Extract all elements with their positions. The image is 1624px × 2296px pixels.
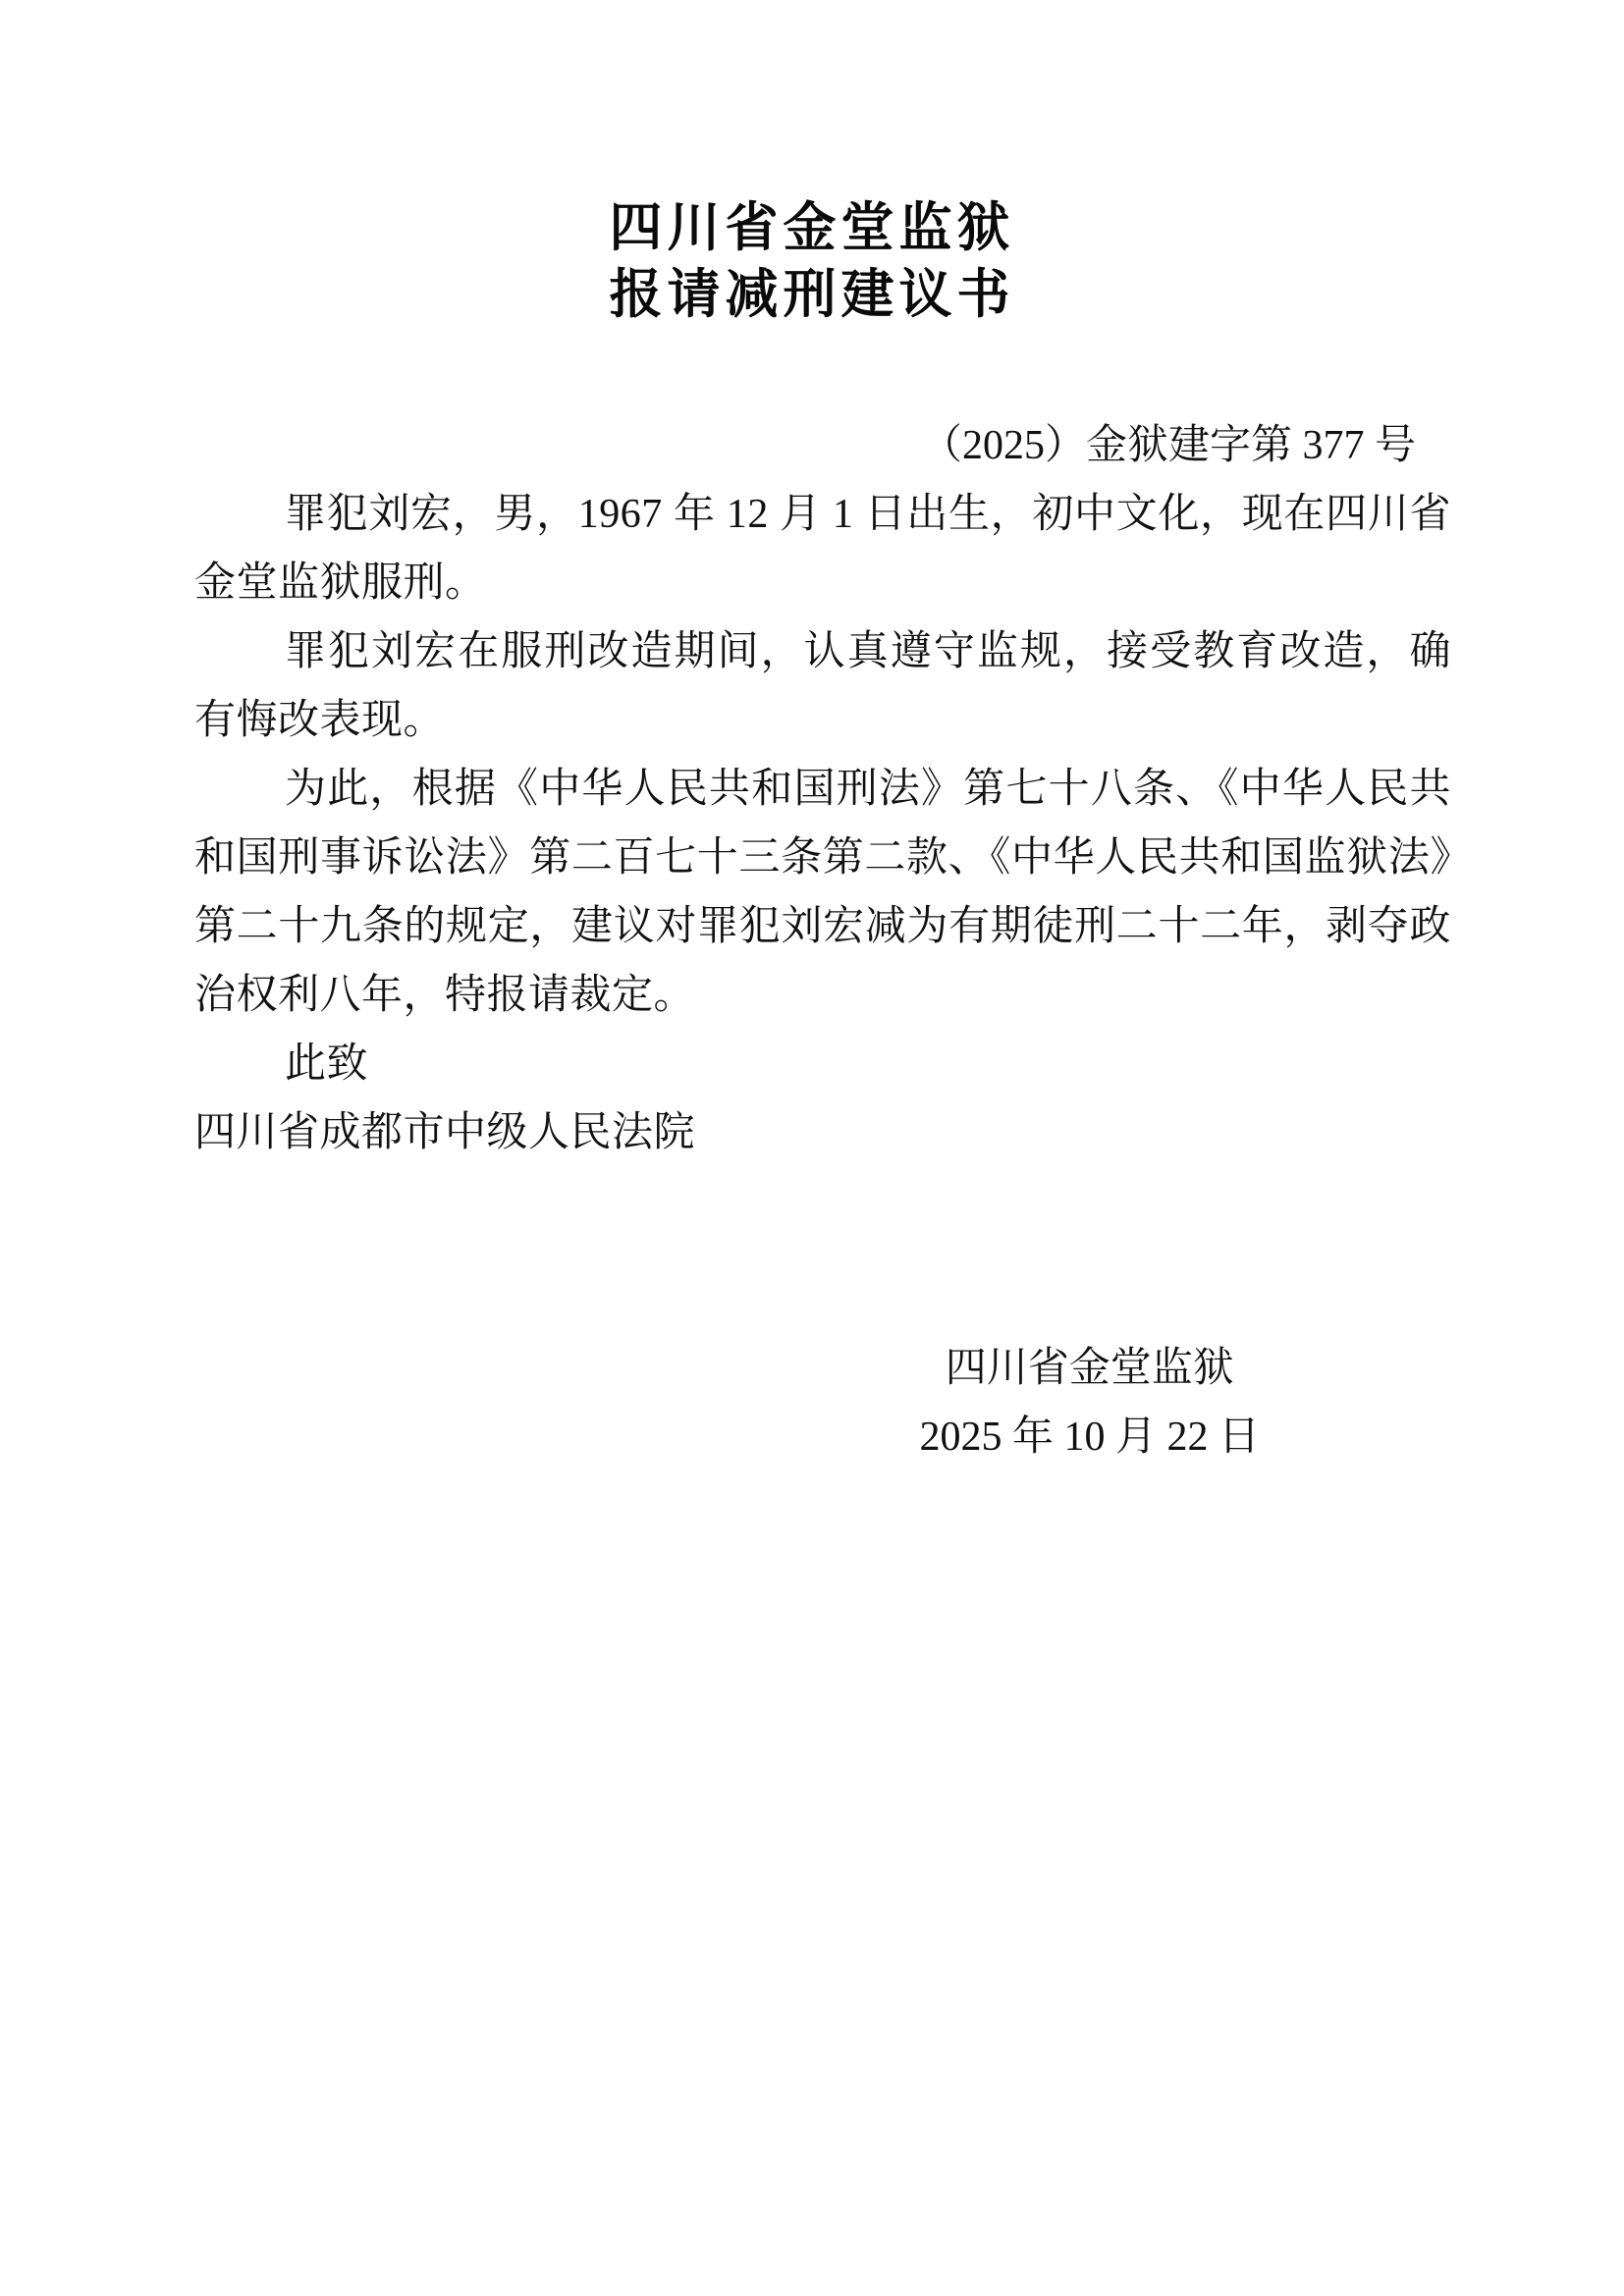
title-line-2: 报请减刑建议书 — [610, 265, 1015, 324]
paragraph-behavior: 罪犯刘宏在服刑改造期间，认真遵守监规，接受教育改造，确有悔改表现。 — [194, 617, 1451, 755]
signature-block: 四川省金堂监狱 2025 年 10 月 22 日 — [919, 1334, 1260, 1471]
title-line-1: 四川省金堂监狱 — [610, 198, 1015, 257]
document-number: （2025）金狱建字第 377 号 — [194, 411, 1416, 480]
paragraph-offender-info: 罪犯刘宏，男，1967 年 12 月 1 日出生，初中文化，现在四川省金堂监狱服… — [194, 480, 1451, 617]
document-content: 四川省金堂监狱 报请减刑建议书 （2025）金狱建字第 377 号 罪犯刘宏，男… — [0, 0, 1624, 1471]
recipient-court: 四川省成都市中级人民法院 — [194, 1098, 1451, 1167]
document-title: 四川省金堂监狱 报请减刑建议书 — [173, 194, 1451, 328]
signature-organization: 四川省金堂监狱 — [919, 1334, 1260, 1403]
signature-date: 2025 年 10 月 22 日 — [919, 1403, 1260, 1471]
salutation: 此致 — [194, 1030, 1451, 1098]
paragraph-legal-basis: 为此，根据《中华人民共和国刑法》第七十八条、《中华人民共和国刑事诉讼法》第二百七… — [194, 755, 1451, 1030]
document-page: 四川省金堂监狱 报请减刑建议书 （2025）金狱建字第 377 号 罪犯刘宏，男… — [0, 0, 1624, 2296]
